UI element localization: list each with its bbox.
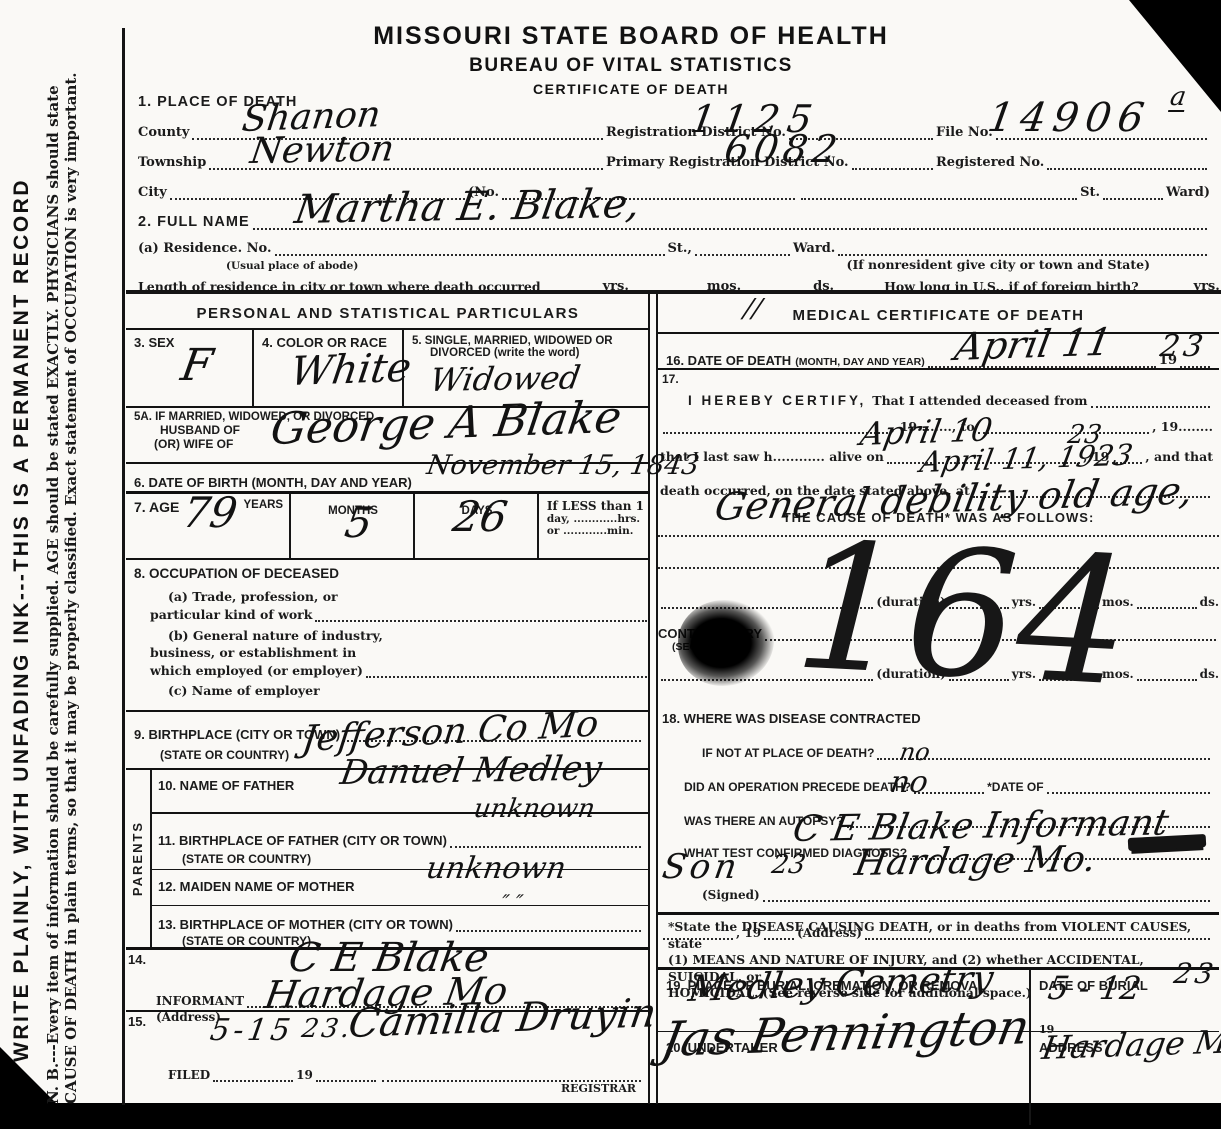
date-of-operation-label: *DATE OF xyxy=(987,780,1043,794)
parents-label-text: PARENTS xyxy=(131,821,146,896)
filed-date-handwritten: 5-15 xyxy=(208,1016,296,1046)
occupation-row: 8. OCCUPATION OF DECEASED (a) Trade, pro… xyxy=(126,560,650,712)
less-label1: If LESS than 1 xyxy=(547,499,644,513)
registrar-label: REGISTRAR xyxy=(561,1082,636,1095)
certify-rest: That I attended deceased from xyxy=(872,393,1087,408)
certify-number: 17. xyxy=(658,370,1219,386)
nonresident-label: (If nonresident give city or town and St… xyxy=(847,257,1150,272)
registered-no-row: Registered No. xyxy=(936,155,1210,170)
date-of-death-label: 16. DATE OF DEATH xyxy=(666,353,791,368)
marital-handwritten: Widowed xyxy=(428,361,583,396)
full-name-handwritten: Martha E. Blake, xyxy=(292,184,643,230)
dob-handwritten: November 15, 1843 xyxy=(425,452,701,479)
sex-handwritten: F xyxy=(178,344,216,388)
occupation-b-line1: (b) General nature of industry, xyxy=(126,622,650,643)
occupation-b-line2: business, or establishment in xyxy=(126,643,650,660)
mother-name-row: 12. MAIDEN NAME OF MOTHER xyxy=(152,870,650,906)
less-label3: or ............min. xyxy=(547,525,644,537)
sex-label: 3. SEX xyxy=(134,335,174,350)
registered-no-label: Registered No. xyxy=(936,155,1044,170)
abode-label: (Usual place of abode) xyxy=(226,260,358,272)
duration1-ds: ds. xyxy=(1200,595,1219,609)
personal-heading: PERSONAL AND STATISTICAL PARTICULARS xyxy=(126,296,650,330)
burial-year-handwritten: 23 xyxy=(1172,960,1218,988)
mother-birthplace-label: 13. BIRTHPLACE OF MOTHER (CITY OR TOWN) xyxy=(158,917,453,932)
duration2-ds: ds. xyxy=(1200,667,1219,681)
parents-vertical-label: PARENTS xyxy=(126,770,152,947)
informant-label: INFORMANT xyxy=(156,994,244,1008)
undertaker-address-handwritten: Hardage Mo xyxy=(1040,1025,1221,1064)
operation-answer-handwritten: no xyxy=(898,740,932,764)
signed-label: (Signed) xyxy=(702,888,760,902)
margin-note-line1: N. B.---Every item of information should… xyxy=(44,72,62,1104)
informant-number: 14. xyxy=(128,952,146,967)
residence-st-label: St., xyxy=(668,241,692,256)
signed-address-handwritten: Hardage Mo. xyxy=(852,842,1099,882)
form-left-border xyxy=(122,28,125,1105)
county-label: County xyxy=(138,125,189,140)
margin-instruction-primary-text: WRITE PLAINLY, WITH UNFADING INK---THIS … xyxy=(10,178,33,1062)
mother-label: 12. MAIDEN NAME OF MOTHER xyxy=(152,870,650,894)
years-label: YEARS xyxy=(243,499,283,511)
relation-handwritten: Son xyxy=(660,850,743,884)
footnote-line1: *State the DISEASE CAUSING DEATH, or in … xyxy=(668,919,1213,952)
occupation-heading: 8. OCCUPATION OF DECEASED xyxy=(126,560,650,581)
father-state-label: (STATE OR COUNTRY) xyxy=(152,848,650,866)
spouse-handwritten: George A Blake xyxy=(268,396,624,452)
color-race-handwritten: White xyxy=(288,348,414,392)
document-header: MISSOURI STATE BOARD OF HEALTH BUREAU OF… xyxy=(126,22,1136,97)
residence-label: (a) Residence. No. xyxy=(138,241,272,256)
stray-pen-mark: // xyxy=(742,296,764,322)
age-less-cell: If LESS than 1 day, ............hrs. or … xyxy=(539,494,650,558)
registrar-signature-handwritten: Camilla Druyin xyxy=(346,993,659,1044)
date-of-death-handwritten: April 11 xyxy=(952,323,1114,366)
and-that-label: , and that xyxy=(1145,449,1213,464)
relation-year-handwritten: 23 xyxy=(770,852,807,878)
dod-year-handwritten: 23 xyxy=(1158,332,1209,362)
margin-instruction-primary: WRITE PLAINLY, WITH UNFADING INK---THIS … xyxy=(10,178,34,1062)
township-handwritten: Newton xyxy=(248,132,396,170)
margin-note-line2: CAUSE OF DEATH in plain terms, so that i… xyxy=(62,72,80,1104)
mother-birthplace-handwritten: ″ ″ xyxy=(500,892,524,912)
file-no-handwritten: 14906 xyxy=(985,98,1154,138)
occupation-c-line: (c) Name of employer xyxy=(126,678,650,698)
primary-district-handwritten: 6082 xyxy=(722,130,845,168)
full-name-heading: 2. FULL NAME xyxy=(138,214,250,230)
bureau-subtitle: BUREAU OF VITAL STATISTICS xyxy=(126,55,1136,77)
occupation-b-line3: which employed (or employer) xyxy=(150,663,363,678)
burial-date-handwritten: 5 - 12 xyxy=(1046,972,1143,1004)
father-birthplace-handwritten: unknown xyxy=(472,796,597,822)
certify-year-blank: , 19........ xyxy=(1152,419,1213,434)
certify-lead: I HEREBY CERTIFY, xyxy=(688,393,866,408)
not-at-place-label: IF NOT AT PLACE OF DEATH? xyxy=(702,746,874,760)
date-of-death-paren: (MONTH, DAY AND YEAR) xyxy=(795,356,925,368)
township-label: Township xyxy=(138,155,206,170)
filed-number: 15. xyxy=(128,1014,146,1029)
father-name-handwritten: Danuel Medley xyxy=(338,751,604,790)
dob-label: 6. DATE OF BIRTH (MONTH, DAY AND YEAR) xyxy=(134,475,412,490)
occupation-a-line1: (a) Trade, profession, or xyxy=(126,581,650,604)
less-label2: day, ............hrs. xyxy=(547,513,644,525)
filed-year-prefix: 19 xyxy=(296,1068,313,1082)
age-label: 7. AGE xyxy=(134,499,179,515)
board-title: MISSOURI STATE BOARD OF HEALTH xyxy=(126,22,1136,51)
age-days-handwritten: 26 xyxy=(450,496,510,538)
mother-name-handwritten: unknown xyxy=(424,854,568,884)
big-handwritten-scrawl: 164 xyxy=(791,519,1134,711)
occupation-a-line2: particular kind of work xyxy=(150,607,312,622)
residence-ward-label: Ward. xyxy=(793,241,835,256)
personal-heading-text: PERSONAL AND STATISTICAL PARTICULARS xyxy=(197,305,580,322)
father-birthplace-label: 11. BIRTHPLACE OF FATHER (CITY OR TOWN) xyxy=(158,833,447,848)
autopsy-answer-handwritten: no xyxy=(888,768,930,798)
main-divider-rule xyxy=(126,290,1221,294)
margin-instruction-secondary: N. B.---Every item of information should… xyxy=(44,72,80,1104)
death-certificate-scan: WRITE PLAINLY, WITH UNFADING INK---THIS … xyxy=(0,0,1221,1129)
filed-label: FILED xyxy=(168,1068,210,1082)
age-years-handwritten: 79 xyxy=(180,492,240,534)
marital-label-line2: DIVORCED (write the word) xyxy=(430,347,644,359)
operation-label: DID AN OPERATION PRECEDE DEATH? xyxy=(684,780,911,794)
date-of-death-row: 16. DATE OF DEATH (MONTH, DAY AND YEAR) … xyxy=(658,334,1219,370)
marital-label-line1: 5. SINGLE, MARRIED, WIDOWED OR xyxy=(412,335,644,347)
undertaker-handwritten: Jas Pennington xyxy=(658,1003,1033,1064)
